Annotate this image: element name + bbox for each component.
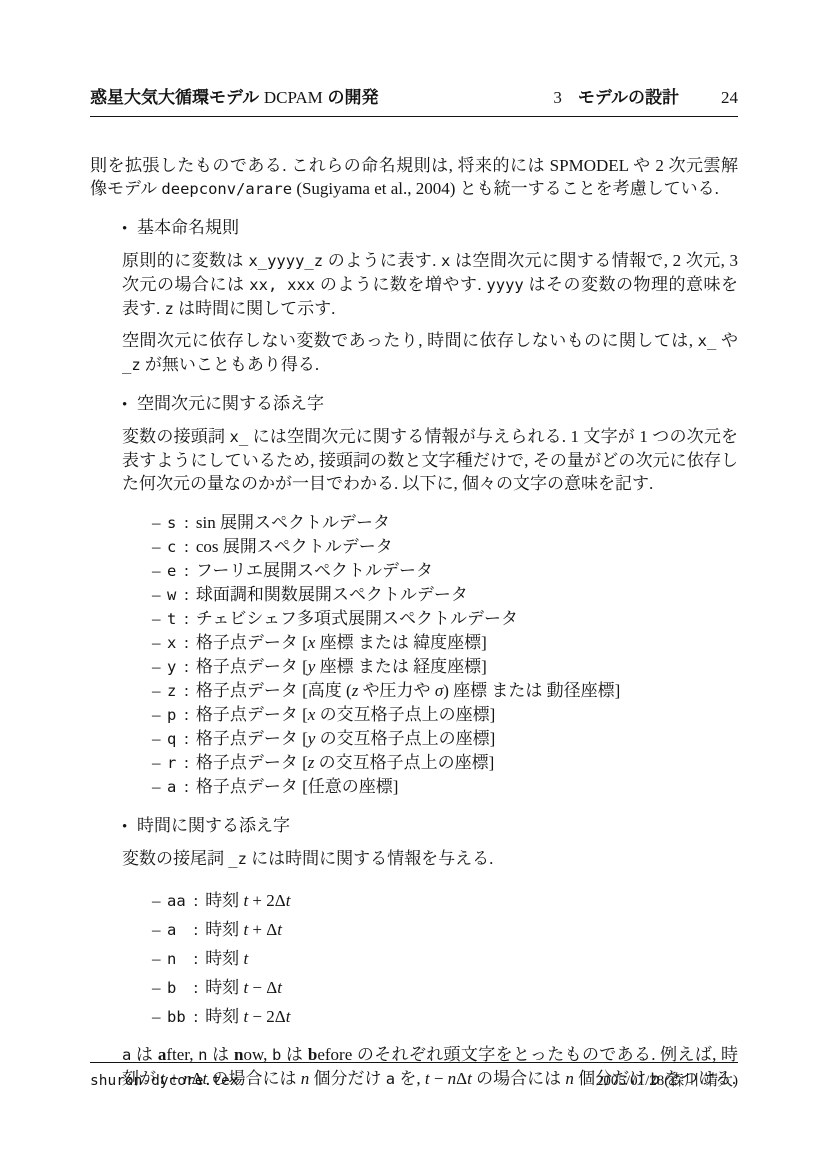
list-item-colon: : bbox=[184, 535, 189, 558]
header-page-number: 24 bbox=[721, 88, 738, 107]
intro-paragraph: 則を拡張したものである. これらの命名規則は, 将来的には SPMODEL や … bbox=[90, 154, 738, 201]
list-item-colon: : bbox=[184, 607, 189, 630]
bullet-title-row: •基本命名規則 bbox=[122, 216, 738, 241]
dash-icon: – bbox=[152, 535, 167, 558]
list-item-colon: : bbox=[184, 679, 189, 702]
list-item: –s:sin 展開スペクトルデータ bbox=[152, 511, 738, 535]
list-item-colon: : bbox=[193, 1005, 198, 1028]
page-footer: shuron-dycore.tex 2005/01/28(森川 靖大) bbox=[90, 1062, 738, 1093]
list-item-key: e bbox=[167, 560, 179, 583]
bullet-icon: • bbox=[122, 816, 137, 839]
bullet-item-basic-naming: •基本命名規則 原則的に変数は x_yyyy_z のように表す. x は空間次元… bbox=[90, 216, 738, 377]
list-item: –r:格子点データ [z の交互格子点上の座標] bbox=[152, 751, 738, 775]
list-item: –z:格子点データ [高度 (z や圧力や σ) 座標 または 動径座標] bbox=[152, 679, 738, 703]
item-paragraph: 空間次元に依存しない変数であったり, 時間に依存しないものに関しては, x_ や… bbox=[122, 329, 738, 377]
list-item-colon: : bbox=[184, 703, 189, 726]
dash-icon: – bbox=[152, 655, 167, 678]
list-item-key: a bbox=[167, 919, 188, 942]
list-item-key: y bbox=[167, 656, 179, 679]
list-item-desc: 球面調和関数展開スペクトルデータ bbox=[196, 585, 468, 604]
list-item-desc: 時刻 t + 2Δt bbox=[205, 891, 290, 910]
dash-icon: – bbox=[152, 559, 167, 582]
list-item: –x:格子点データ [x 座標 または 緯度座標] bbox=[152, 631, 738, 655]
footer-date: 2005/01/28(森川 靖大) bbox=[596, 1070, 738, 1093]
list-item-desc: フーリエ展開スペクトルデータ bbox=[196, 561, 433, 580]
list-item-key: w bbox=[167, 584, 179, 607]
list-item-desc: 時刻 t − 2Δt bbox=[205, 1007, 290, 1026]
list-item-colon: : bbox=[184, 559, 189, 582]
list-item: –bb:時刻 t − 2Δt bbox=[152, 1005, 738, 1029]
bullet-item-time-suffix: •時間に関する添え字 変数の接尾詞 _z には時間に関する情報を与える. –aa… bbox=[90, 814, 738, 1091]
list-item-key: t bbox=[167, 608, 179, 631]
bullet-icon: • bbox=[122, 218, 137, 241]
header-title: 惑星大気大循環モデル DCPAM の開発 bbox=[90, 86, 379, 109]
dash-icon: – bbox=[152, 918, 167, 941]
list-item: –a:時刻 t + Δt bbox=[152, 918, 738, 942]
list-item-key: bb bbox=[167, 1006, 188, 1029]
list-item-colon: : bbox=[184, 775, 189, 798]
list-item: –b:時刻 t − Δt bbox=[152, 976, 738, 1000]
list-item-key: c bbox=[167, 536, 179, 559]
list-item-desc: 格子点データ [y 座標 または 経度座標] bbox=[196, 657, 487, 676]
list-item-key: a bbox=[167, 776, 179, 799]
list-item-key: r bbox=[167, 752, 179, 775]
list-item-desc: 時刻 t bbox=[205, 949, 248, 968]
list-item-desc: 格子点データ [任意の座標] bbox=[196, 777, 399, 796]
list-item-key: n bbox=[167, 948, 188, 971]
list-item-key: x bbox=[167, 632, 179, 655]
page-header: 惑星大気大循環モデル DCPAM の開発 3モデルの設計24 bbox=[90, 86, 738, 117]
dash-icon: – bbox=[152, 703, 167, 726]
dash-icon: – bbox=[152, 727, 167, 750]
dash-icon: – bbox=[152, 607, 167, 630]
list-item: –q:格子点データ [y の交互格子点上の座標] bbox=[152, 727, 738, 751]
dash-icon: – bbox=[152, 889, 167, 912]
space-suffix-list: –s:sin 展開スペクトルデータ –c:cos 展開スペクトルデータ –e:フ… bbox=[122, 511, 738, 799]
list-item-colon: : bbox=[193, 889, 198, 912]
list-item: –aa:時刻 t + 2Δt bbox=[152, 889, 738, 913]
dash-icon: – bbox=[152, 751, 167, 774]
list-item: –n:時刻 t bbox=[152, 947, 738, 971]
list-item-desc: 時刻 t − Δt bbox=[205, 978, 282, 997]
list-item-colon: : bbox=[193, 976, 198, 999]
list-item-colon: : bbox=[184, 631, 189, 654]
bullet-title: 時間に関する添え字 bbox=[137, 816, 290, 835]
dash-icon: – bbox=[152, 679, 167, 702]
list-item-desc: 格子点データ [x 座標 または 緯度座標] bbox=[196, 633, 487, 652]
bullet-title-row: •空間次元に関する添え字 bbox=[122, 392, 738, 417]
item-paragraph: 原則的に変数は x_yyyy_z のように表す. x は空間次元に関する情報で,… bbox=[122, 249, 738, 321]
list-item-colon: : bbox=[184, 583, 189, 606]
list-item-key: z bbox=[167, 680, 179, 703]
footer-filename: shuron-dycore.tex bbox=[90, 1070, 238, 1093]
time-suffix-list: –aa:時刻 t + 2Δt –a:時刻 t + Δt –n:時刻 t –b:時… bbox=[122, 889, 738, 1029]
list-item: –y:格子点データ [y 座標 または 経度座標] bbox=[152, 655, 738, 679]
header-section: 3モデルの設計 bbox=[553, 88, 679, 107]
dash-icon: – bbox=[152, 947, 167, 970]
list-item: –t:チェビシェフ多項式展開スペクトルデータ bbox=[152, 607, 738, 631]
dash-icon: – bbox=[152, 631, 167, 654]
dash-icon: – bbox=[152, 976, 167, 999]
list-item-colon: : bbox=[184, 655, 189, 678]
list-item-colon: : bbox=[184, 511, 189, 534]
list-item-desc: 時刻 t + Δt bbox=[205, 920, 282, 939]
list-item-colon: : bbox=[193, 918, 198, 941]
bullet-title: 基本命名規則 bbox=[137, 218, 239, 237]
list-item-desc: 格子点データ [x の交互格子点上の座標] bbox=[196, 705, 495, 724]
list-item-key: b bbox=[167, 977, 188, 1000]
header-section-area: 3モデルの設計24 bbox=[553, 86, 738, 109]
list-item-key: aa bbox=[167, 890, 188, 913]
list-item-key: s bbox=[167, 512, 179, 535]
list-item-desc: 格子点データ [高度 (z や圧力や σ) 座標 または 動径座標] bbox=[196, 681, 620, 700]
bullet-title: 空間次元に関する添え字 bbox=[137, 394, 324, 413]
dash-icon: – bbox=[152, 511, 167, 534]
list-item-colon: : bbox=[193, 947, 198, 970]
bullet-item-spatial-suffix: •空間次元に関する添え字 変数の接頭詞 x_ には空間次元に関する情報が与えられ… bbox=[90, 392, 738, 799]
list-item-desc: cos 展開スペクトルデータ bbox=[196, 537, 393, 556]
document-page: 惑星大気大循環モデル DCPAM の開発 3モデルの設計24 則を拡張したもので… bbox=[0, 0, 826, 1169]
list-item-key: p bbox=[167, 704, 179, 727]
list-item-desc: sin 展開スペクトルデータ bbox=[196, 513, 390, 532]
item-paragraph: 変数の接尾詞 _z には時間に関する情報を与える. bbox=[122, 847, 738, 871]
dash-icon: – bbox=[152, 775, 167, 798]
list-item: –p:格子点データ [x の交互格子点上の座標] bbox=[152, 703, 738, 727]
list-item-colon: : bbox=[184, 727, 189, 750]
list-item: –a:格子点データ [任意の座標] bbox=[152, 775, 738, 799]
bullet-title-row: •時間に関する添え字 bbox=[122, 814, 738, 839]
list-item-colon: : bbox=[184, 751, 189, 774]
list-item-desc: 格子点データ [y の交互格子点上の座標] bbox=[196, 729, 495, 748]
list-item-desc: 格子点データ [z の交互格子点上の座標] bbox=[196, 753, 494, 772]
list-item: –c:cos 展開スペクトルデータ bbox=[152, 535, 738, 559]
bullet-icon: • bbox=[122, 394, 137, 417]
list-item: –e:フーリエ展開スペクトルデータ bbox=[152, 559, 738, 583]
list-item: –w:球面調和関数展開スペクトルデータ bbox=[152, 583, 738, 607]
list-item-desc: チェビシェフ多項式展開スペクトルデータ bbox=[196, 609, 518, 628]
dash-icon: – bbox=[152, 583, 167, 606]
list-item-key: q bbox=[167, 728, 179, 751]
item-paragraph: 変数の接頭詞 x_ には空間次元に関する情報が与えられる. 1 文字が 1 つの… bbox=[122, 425, 738, 495]
dash-icon: – bbox=[152, 1005, 167, 1028]
